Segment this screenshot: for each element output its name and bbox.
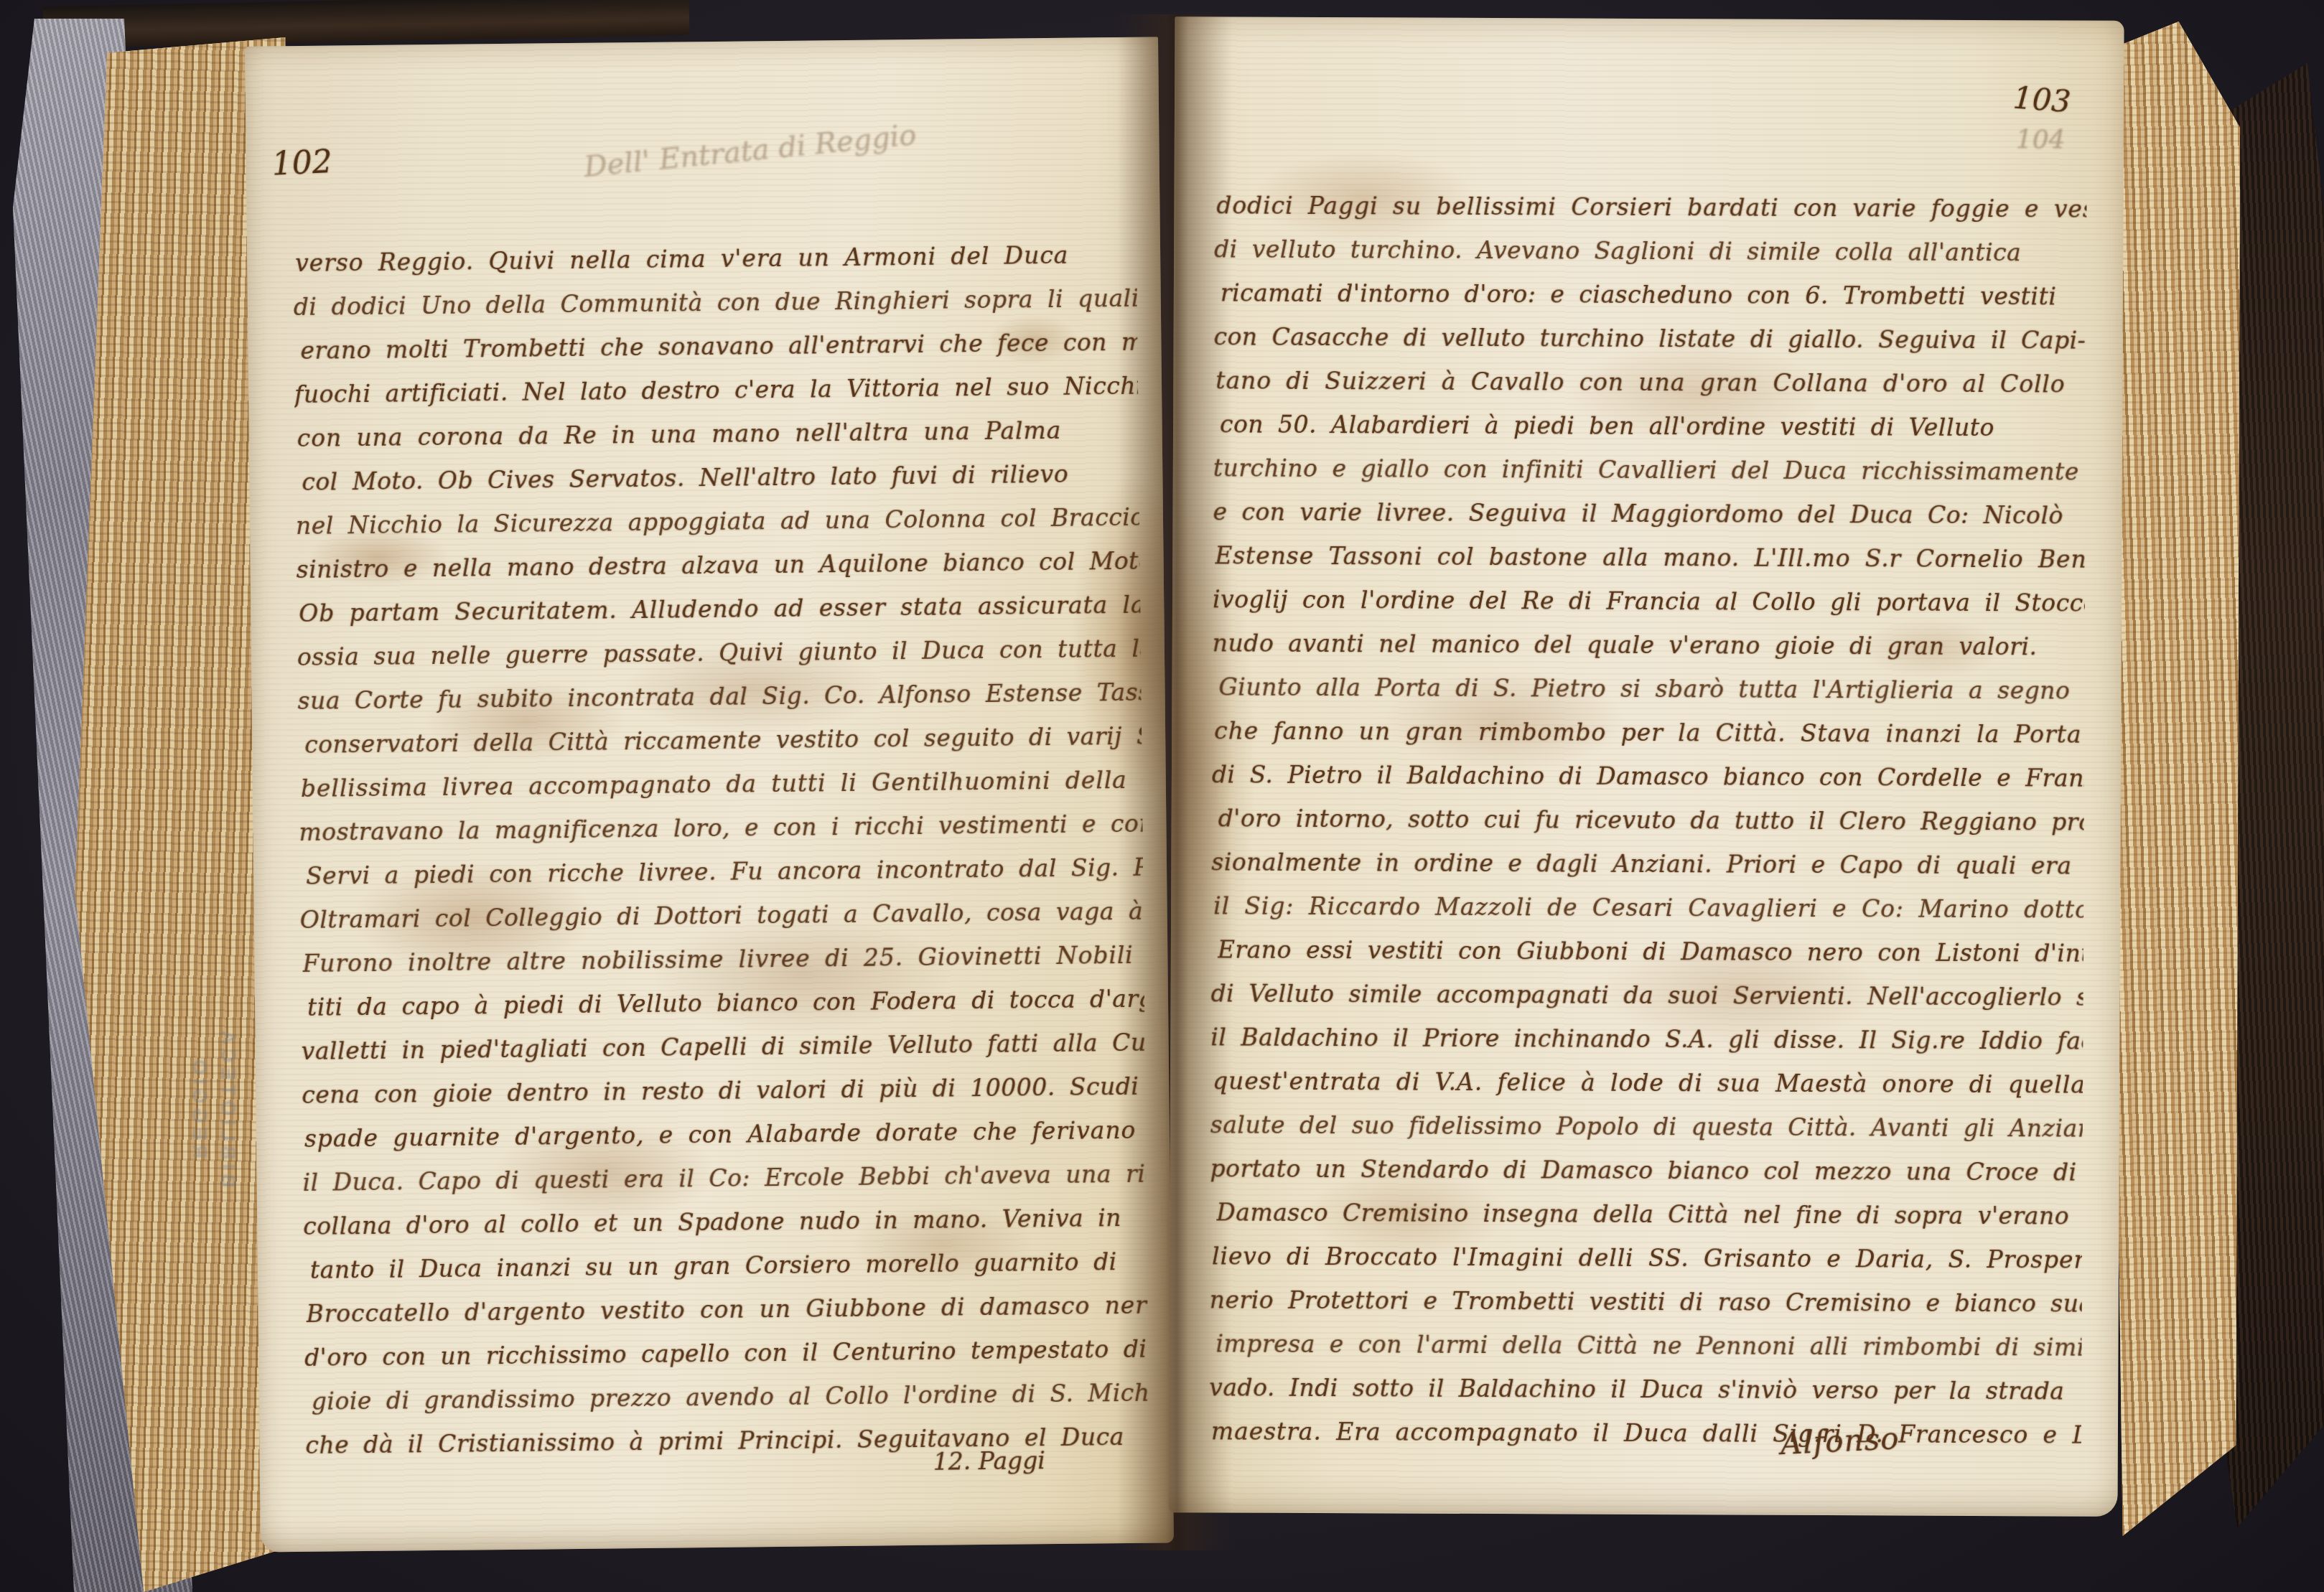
- manuscript-line: di velluto turchino. Avevano Saglioni di…: [1214, 227, 2086, 274]
- right-page: 103 104 dodici Paggi su bellissimi Corsi…: [1168, 17, 2124, 1517]
- manuscript-line: il Baldachino il Priore inchinando S.A. …: [1210, 1015, 2083, 1062]
- manuscript-line: Erano essi vestiti con Giubboni di Damas…: [1218, 927, 2083, 975]
- signature: Alfonso: [1780, 1420, 1900, 1461]
- manuscript-line: maestra. Era accompagnato il Duca dalli …: [1211, 1409, 2081, 1456]
- manuscript-line: ricamati d'intorno d'oro: e ciascheduno …: [1221, 271, 2086, 318]
- manuscript-line: nerio Protettori e Trombetti vestiti di …: [1210, 1278, 2082, 1325]
- manuscript-line: Estense Tassoni col bastone alla mano. L…: [1215, 533, 2085, 581]
- manuscript-line: impresa e con l'armi della Città ne Penn…: [1215, 1321, 2081, 1369]
- stamp-line-2: REGGIO: [185, 956, 214, 1258]
- catchword: 12. Paggi: [933, 1446, 1046, 1476]
- manuscript-line: portato un Stendardo di Damasco bianco c…: [1210, 1146, 2082, 1194]
- left-page: 102 Dell' Entrata di Reggio verso Reggio…: [245, 37, 1174, 1552]
- manuscript-line: di S. Pietro il Baldachino di Damasco bi…: [1212, 752, 2084, 800]
- manuscript-line: turchino e giallo con infiniti Cavallier…: [1213, 446, 2086, 493]
- left-page-text: verso Reggio. Quivi nella cima v'era un …: [293, 233, 1149, 1467]
- faint-page-number: 104: [2016, 125, 2066, 154]
- manuscript-line: ivoglij con l'ordine del Re di Francia a…: [1213, 577, 2085, 624]
- right-page-text: dodici Paggi su bellissimi Corsieri bard…: [1209, 183, 2087, 1456]
- page-number-right: 103: [2012, 80, 2072, 119]
- faint-heading: Dell' Entrata di Reggio: [582, 118, 918, 184]
- manuscript-photo: 102 Dell' Entrata di Reggio verso Reggio…: [0, 0, 2324, 1592]
- manuscript-line: con 50. Alabardieri à piedi ben all'ordi…: [1220, 402, 2086, 449]
- manuscript-line: Damasco Cremisino insegna della Città ne…: [1216, 1190, 2082, 1237]
- manuscript-line: che fanno un gran rimbombo per la Città.…: [1214, 708, 2084, 756]
- manuscript-line: dodici Paggi su bellissimi Corsieri bard…: [1216, 183, 2086, 230]
- manuscript-line: il Duca. Capo di questi era il Co: Ercol…: [302, 1152, 1147, 1204]
- manuscript-line: e con varie livree. Seguiva il Maggiordo…: [1213, 490, 2085, 537]
- manuscript-line: quest'entrata di V.A. felice à lode di s…: [1213, 1059, 2083, 1106]
- manuscript-line: gioie di grandissimo prezzo avendo al Co…: [312, 1371, 1149, 1423]
- page-number-left: 102: [271, 144, 333, 183]
- manuscript-line: il Sig: Riccardo Mazzoli de Cesari Cavag…: [1213, 884, 2083, 931]
- manuscript-line: lievo di Broccato l'Imagini delli SS. Gr…: [1212, 1234, 2082, 1281]
- manuscript-line: Giunto alla Porta di S. Pietro si sbarò …: [1218, 665, 2084, 712]
- library-stamp: BIBLIOTECA REGGIO: [171, 956, 257, 1258]
- manuscript-line: d'oro intorno, sotto cui fu ricevuto da …: [1218, 796, 2084, 843]
- manuscript-line: di Velluto simile accompagnati da suoi S…: [1210, 971, 2083, 1019]
- manuscript-line: Furono inoltre altre nobilissime livree …: [302, 933, 1144, 985]
- manuscript-line: nel Nicchio la Sicurezza appoggiata ad u…: [296, 495, 1140, 548]
- manuscript-line: tano di Suizzeri à Cavallo con una gran …: [1215, 358, 2086, 406]
- stamp-line-1: BIBLIOTECA: [214, 956, 243, 1258]
- manuscript-line: salute del suo fidelissimo Popolo di que…: [1210, 1102, 2083, 1150]
- manuscript-line: vado. Indi sotto il Baldachino il Duca s…: [1209, 1365, 2081, 1413]
- manuscript-line: sionalmente in ordine e dagli Anziani. P…: [1211, 840, 2083, 887]
- manuscript-line: di dodici Uno della Communità con due Ri…: [294, 276, 1138, 329]
- book-cover-top-edge: [42, 0, 689, 48]
- page-edge-stack-right: [2104, 22, 2240, 1536]
- manuscript-line: con Casacche di velluto turchino listate…: [1213, 314, 2086, 362]
- manuscript-line: nudo avanti nel manico del quale v'erano…: [1213, 621, 2085, 668]
